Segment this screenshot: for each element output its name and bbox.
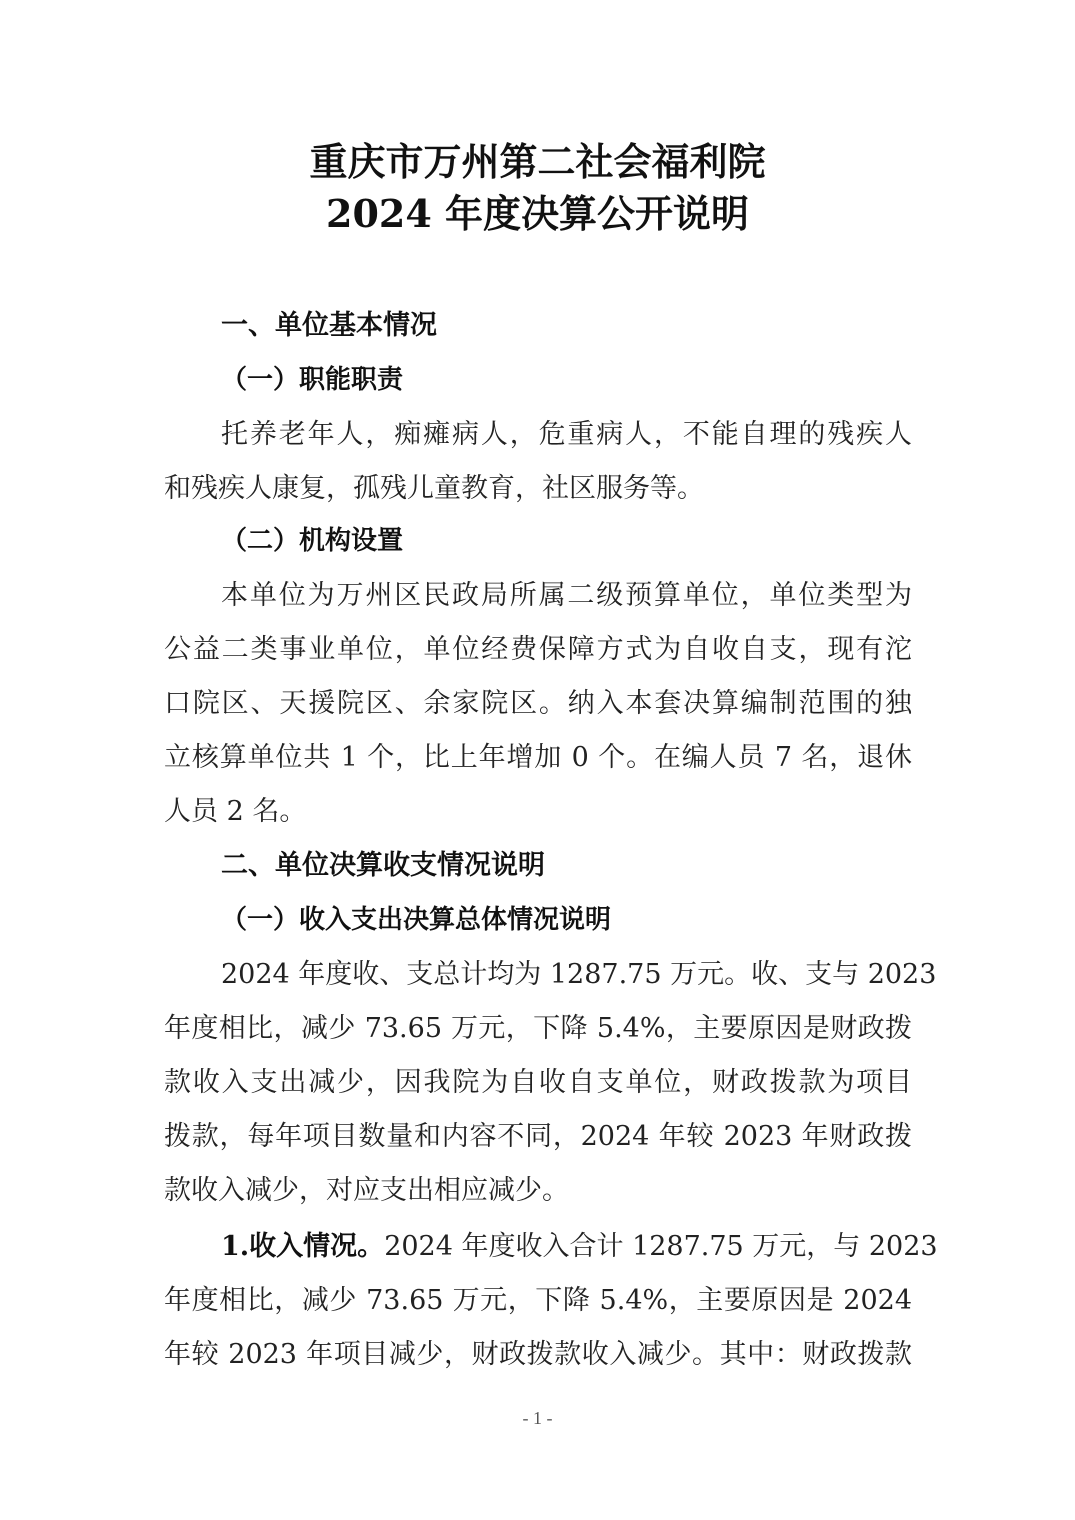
document-title-line1: 重庆市万州第二社会福利院	[0, 134, 1075, 190]
paragraph-line: 口院区、天援院区、余家院区。纳入本套决算编制范围的独	[164, 684, 912, 724]
subsection-heading-overall: （一）收入支出决算总体情况说明	[221, 900, 611, 940]
income-lead: 1.收入情况。	[221, 1231, 384, 1262]
paragraph-line: 本单位为万州区民政局所属二级预算单位，单位类型为	[221, 576, 912, 616]
paragraph-line: 款收入减少，对应支出相应减少。	[164, 1171, 912, 1211]
subsection-heading-duties: （一）职能职责	[221, 360, 403, 400]
income-line1-text: 2024 年度收入合计 1287.75 万元，与 2023	[384, 1231, 937, 1262]
page-number: - 1 -	[0, 1408, 1075, 1429]
paragraph-line: 立核算单位共 1 个，比上年增加 0 个。在编人员 7 名，退休	[164, 738, 912, 778]
paragraph-line: 拨款，每年项目数量和内容不同，2024 年较 2023 年财政拨	[164, 1117, 912, 1157]
paragraph-line: 和残疾人康复，孤残儿童教育，社区服务等。	[164, 469, 912, 509]
paragraph-line: 款收入支出减少，因我院为自收自支单位，财政拨款为项目	[164, 1063, 912, 1103]
paragraph-line: 人员 2 名。	[164, 792, 912, 832]
section-heading-basic-info: 一、单位基本情况	[221, 306, 437, 346]
income-paragraph-line: 1.收入情况。2024 年度收入合计 1287.75 万元，与 2023	[221, 1227, 912, 1267]
document-title-line2: 2024 年度决算公开说明	[0, 186, 1075, 242]
subsection-heading-organization: （二）机构设置	[221, 521, 403, 561]
paragraph-line: 年度相比，减少 73.65 万元，下降 5.4%，主要原因是 2024	[164, 1281, 912, 1321]
document-page: 重庆市万州第二社会福利院 2024 年度决算公开说明 一、单位基本情况 （一）职…	[0, 0, 1075, 1520]
paragraph-line: 年较 2023 年项目减少，财政拨款收入减少。其中：财政拨款	[164, 1335, 912, 1375]
section-heading-budget-summary: 二、单位决算收支情况说明	[221, 846, 545, 886]
paragraph-line: 年度相比，减少 73.65 万元，下降 5.4%，主要原因是财政拨	[164, 1009, 912, 1049]
paragraph-line: 2024 年度收、支总计均为 1287.75 万元。收、支与 2023	[221, 955, 912, 995]
paragraph-line: 公益二类事业单位，单位经费保障方式为自收自支，现有沱	[164, 630, 912, 670]
paragraph-line: 托养老年人，痴瘫病人，危重病人，不能自理的残疾人	[221, 415, 912, 455]
